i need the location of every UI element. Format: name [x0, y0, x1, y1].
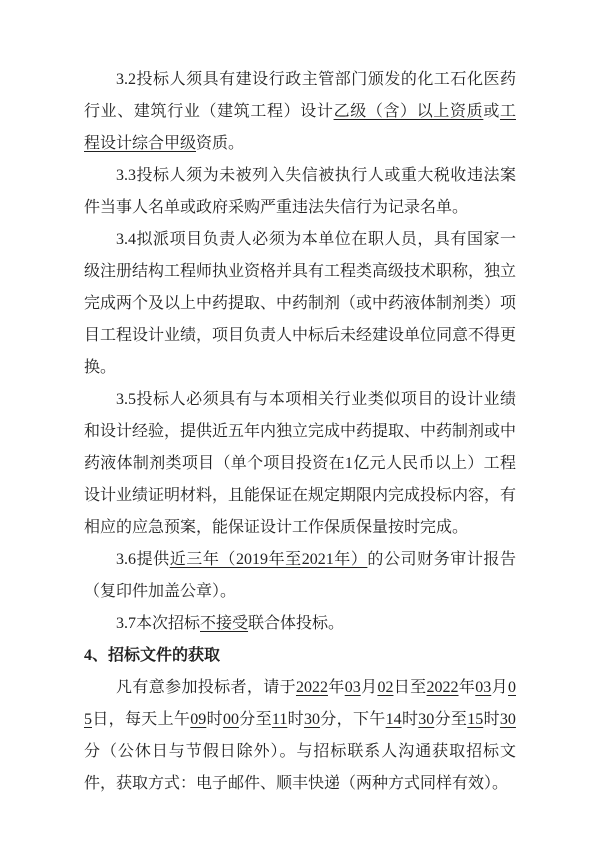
text-run: 时	[483, 711, 500, 728]
document-page: 3.2投标人须具有建设行政主管部门颁发的化工石化医药行业、建筑行业（建筑工程）设…	[0, 0, 600, 848]
text-run: 3.5投标人必须具有与本项相关行业类似项目的设计业绩和设计经验，提供近五年内独立…	[84, 391, 516, 536]
text-run: 分至	[239, 711, 272, 728]
text-run: 时	[206, 711, 223, 728]
underlined-text: 30	[500, 711, 516, 728]
text-run: 联合体投标。	[248, 615, 344, 632]
clause-3-4: 3.4拟派项目负责人必须为本单位在职人员，具有国家一级注册结构工程师执业资格并具…	[84, 224, 516, 384]
text-run: 日至	[393, 679, 426, 696]
underlined-text: 30	[418, 711, 434, 728]
clause-3-5: 3.5投标人必须具有与本项相关行业类似项目的设计业绩和设计经验，提供近五年内独立…	[84, 384, 516, 544]
section-4-body: 凡有意参加投标者，请于2022年03月02日至2022年03月05日，每天上午0…	[84, 672, 516, 800]
text-run: 3.6提供	[116, 551, 170, 568]
underlined-text: 02	[377, 679, 393, 696]
section-4-heading: 4、招标文件的获取	[84, 640, 516, 672]
text-run: 凡有意参加投标者，请于	[116, 679, 296, 696]
underlined-text: 不接受	[200, 615, 248, 632]
underlined-text: 14	[386, 711, 402, 728]
text-run: 年	[328, 679, 345, 696]
text-run: 年	[459, 679, 476, 696]
underlined-text: 00	[223, 711, 239, 728]
underlined-text: 乙级（含）以上资质	[334, 103, 484, 120]
text-run: 或	[483, 103, 500, 120]
clause-3-6: 3.6提供近三年（2019年至2021年）的公司财务审计报告（复印件加盖公章）。	[84, 544, 516, 608]
text-run: 时	[402, 711, 419, 728]
text-run: 分（公休日与节假日除外）。与招标联系人沟通获取招标文件，获取方式：电子邮件、顺丰…	[84, 743, 516, 792]
text-run: 分，下午	[320, 711, 386, 728]
text-run: 资质。	[196, 135, 244, 152]
text-run: 月	[491, 679, 508, 696]
text-run: 时	[287, 711, 304, 728]
underlined-text: 03	[475, 679, 491, 696]
underlined-text: 2022	[296, 679, 328, 696]
underlined-text: 03	[345, 679, 361, 696]
clause-3-3: 3.3投标人须为未被列入失信被执行人或重大税收违法案件当事人名单或政府采购严重违…	[84, 160, 516, 224]
underlined-text: 11	[272, 711, 287, 728]
text-run: 3.7本次招标	[116, 615, 200, 632]
document-body: 3.2投标人须具有建设行政主管部门颁发的化工石化医药行业、建筑行业（建筑工程）设…	[84, 64, 516, 800]
underlined-text: 15	[467, 711, 483, 728]
clause-3-7: 3.7本次招标不接受联合体投标。	[84, 608, 516, 640]
text-run: 3.4拟派项目负责人必须为本单位在职人员，具有国家一级注册结构工程师执业资格并具…	[84, 231, 516, 376]
underlined-text: 近三年（2019年至2021年）	[170, 551, 368, 568]
clause-3-2: 3.2投标人须具有建设行政主管部门颁发的化工石化医药行业、建筑行业（建筑工程）设…	[84, 64, 516, 160]
underlined-text: 09	[190, 711, 206, 728]
text-run: 3.3投标人须为未被列入失信被执行人或重大税收违法案件当事人名单或政府采购严重违…	[84, 167, 516, 216]
underlined-text: 2022	[427, 679, 459, 696]
text-run: 日，每天上午	[92, 711, 190, 728]
underlined-text: 30	[304, 711, 320, 728]
text-run: 4、招标文件的获取	[84, 647, 220, 664]
text-run: 分至	[434, 711, 467, 728]
text-run: 月	[361, 679, 378, 696]
